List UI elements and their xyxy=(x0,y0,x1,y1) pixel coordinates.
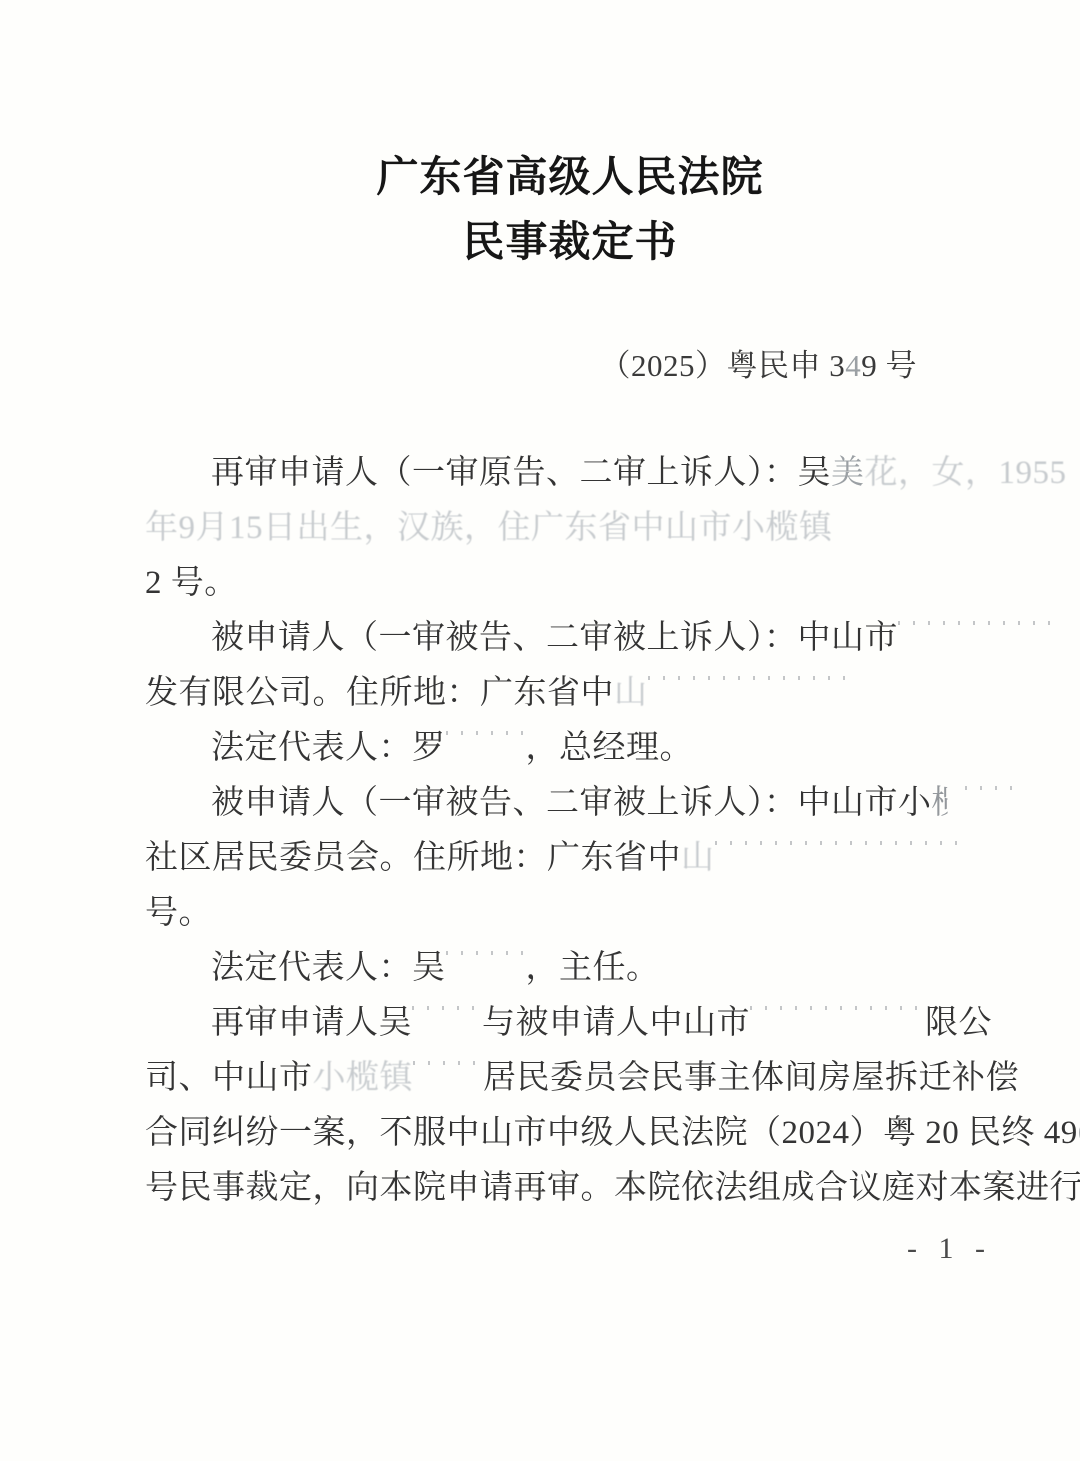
text-segment: 号民事裁定，向本院申请再审。本院依法组成合议庭对本案进行 xyxy=(145,1170,1080,1206)
case-number: （2025）粤民申 349 号 xyxy=(0,338,1080,393)
text-line: 司、中山市小榄镇居民委员会民事主体间房屋拆迁补偿 xyxy=(145,1051,1012,1106)
text-line: 被申请人（一审被告、二审被上诉人）：中山市 xyxy=(145,611,1012,666)
text-line: 再审申请人（一审原告、二审上诉人）：吴美花，女，1955 xyxy=(145,446,1012,501)
text-segment: 限公 xyxy=(925,1005,992,1041)
text-segment: 被申请人（一审被告、二审被上诉人）：中山市小 xyxy=(211,785,932,821)
text-segment: 法定代表人：罗 xyxy=(211,730,446,766)
document-header: 广东省高级人民法院 民事裁定书 xyxy=(0,0,1080,276)
text-segment: ，总经理。 xyxy=(526,730,694,766)
document-type-title: 民事裁定书 xyxy=(60,211,1080,276)
redaction-marks xyxy=(446,951,526,955)
text-segment: 花，女，1955 xyxy=(865,455,1067,491)
text-segment: 年9月15日出生，汉族，住广东省中山市小榄镇 xyxy=(145,510,833,546)
text-line: 发有限公司。住所地：广东省中山 xyxy=(145,666,1012,721)
redaction-marks xyxy=(715,841,965,845)
redaction-marks xyxy=(750,1006,925,1010)
text-segment: 号。 xyxy=(145,895,212,931)
text-segment: 法定代表人：吴 xyxy=(211,950,446,986)
text-segment: 山 xyxy=(681,840,715,876)
text-segment: 9 号 xyxy=(861,348,917,383)
text-line: 再审申请人吴与被申请人中山市限公 xyxy=(145,996,1012,1051)
text-segment: 居民委员会民事主体间房屋拆迁补偿 xyxy=(483,1060,1019,1096)
text-segment: 小榄镇 xyxy=(313,1060,414,1096)
text-segment: 美 xyxy=(831,455,865,491)
text-line: 年9月15日出生，汉族，住广东省中山市小榄镇 xyxy=(145,501,1012,556)
text-segment: 被申请人（一审被告、二审被上诉人）：中山市 xyxy=(211,620,898,656)
text-line: 社区居民委员会。住所地：广东省中山 xyxy=(145,831,1012,886)
text-segment: 司、中山市 xyxy=(145,1060,313,1096)
text-line: 号。 xyxy=(145,886,1012,941)
redaction-marks xyxy=(412,1006,482,1010)
text-segment: 山 xyxy=(614,675,648,711)
page-number: - 1 - xyxy=(907,1232,992,1266)
text-line: 号民事裁定，向本院申请再审。本院依法组成合议庭对本案进行 xyxy=(145,1161,1012,1216)
text-segment: 发有限公司。住所地：广东省中 xyxy=(145,675,614,711)
text-segment: 2 号。 xyxy=(145,565,238,601)
text-segment: 4 xyxy=(845,348,861,383)
text-segment: 再审申请人吴 xyxy=(211,1005,412,1041)
redaction-marks xyxy=(413,1061,483,1065)
text-segment: 榄 xyxy=(932,776,966,831)
text-line: 2 号。 xyxy=(145,556,1012,611)
redaction-marks xyxy=(648,676,848,680)
redaction-marks xyxy=(446,731,526,735)
text-segment: 再审申请人（一审原告、二审上诉人）：吴 xyxy=(211,455,831,491)
text-segment: 社区居民委员会。住所地：广东省中 xyxy=(145,840,681,876)
document-body: 再审申请人（一审原告、二审上诉人）：吴美花，女，1955年9月15日出生，汉族，… xyxy=(0,446,1080,1216)
text-segment: ，主任。 xyxy=(526,950,660,986)
text-line: 法定代表人：罗，总经理。 xyxy=(145,721,1012,776)
redaction-marks xyxy=(965,786,1025,790)
text-line: 被申请人（一审被告、二审被上诉人）：中山市小榄 xyxy=(145,776,1012,831)
text-segment: 与被申请人中山市 xyxy=(482,1005,750,1041)
text-segment: 合同纠纷一案，不服中山市中级人民法院（2024）粤 20 民终 49 xyxy=(145,1115,1078,1151)
text-line: 法定代表人：吴，主任。 xyxy=(145,941,1012,996)
text-segment: （2025）粤民申 3 xyxy=(600,348,846,383)
text-line: 合同纠纷一案，不服中山市中级人民法院（2024）粤 20 民终 4964 xyxy=(145,1106,1012,1161)
redaction-marks xyxy=(898,621,1053,625)
court-name: 广东省高级人民法院 xyxy=(60,146,1080,211)
document-page: 广东省高级人民法院 民事裁定书 （2025）粤民申 349 号 再审申请人（一审… xyxy=(0,0,1080,1461)
